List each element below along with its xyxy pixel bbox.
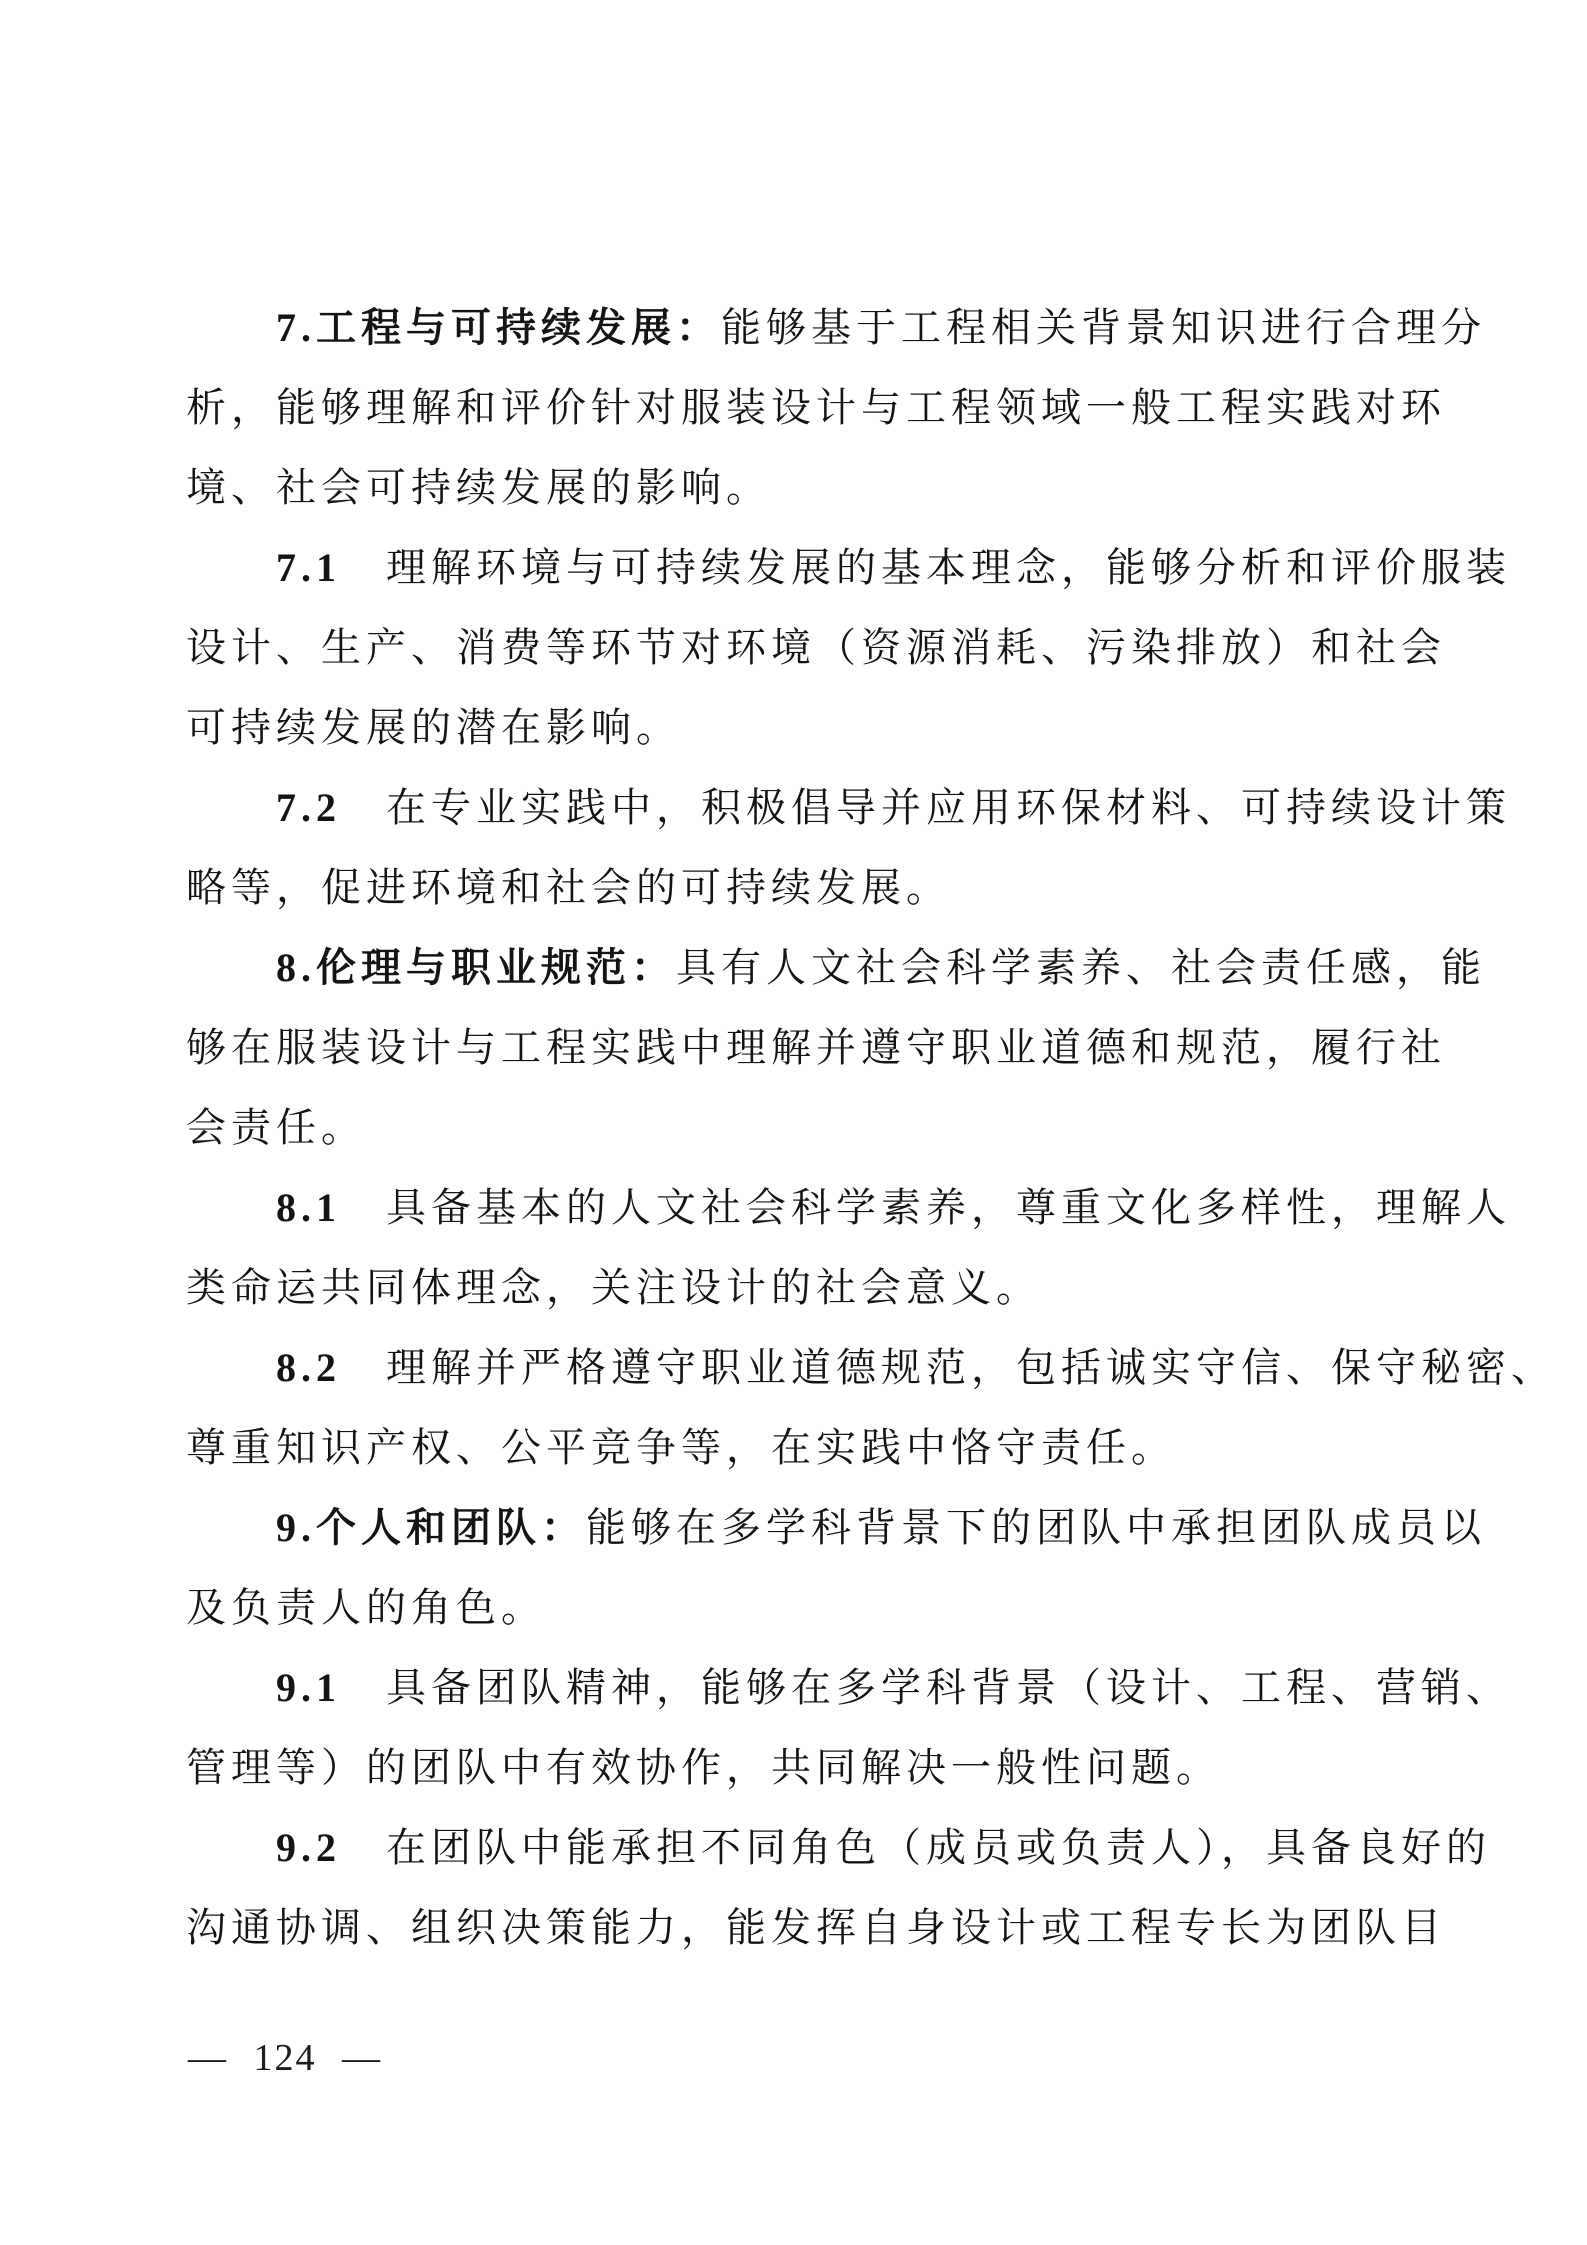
text-line: 沟通协调、组织决策能力，能发挥自身设计或工程专长为团队目 (186, 1888, 1406, 1968)
section-number: 9.2 (276, 1825, 341, 1870)
line-text: 具备团队精神，能够在多学科背景（设计、工程、营销、 (341, 1665, 1511, 1710)
line-text: 可持续发展的潜在影响。 (186, 705, 681, 750)
line-text: 类命运共同体理念，关注设计的社会意义。 (186, 1265, 1041, 1310)
text-line: 9.1 具备团队精神，能够在多学科背景（设计、工程、营销、 (186, 1648, 1406, 1728)
text-line: 可持续发展的潜在影响。 (186, 688, 1406, 768)
line-text: 略等，促进环境和社会的可持续发展。 (186, 865, 951, 910)
text-line: 尊重知识产权、公平竞争等，在实践中恪守责任。 (186, 1408, 1406, 1488)
line-text: 管理等）的团队中有效协作，共同解决一般性问题。 (186, 1745, 1221, 1790)
text-line: 管理等）的团队中有效协作，共同解决一般性问题。 (186, 1728, 1406, 1808)
text-line: 8.伦理与职业规范：具有人文社会科学素养、社会责任感，能 (186, 928, 1406, 1008)
text-line: 8.1 具备基本的人文社会科学素养，尊重文化多样性，理解人 (186, 1168, 1406, 1248)
line-text: 具有人文社会科学素养、社会责任感，能 (676, 945, 1486, 990)
line-text: 尊重知识产权、公平竞争等，在实践中恪守责任。 (186, 1425, 1176, 1470)
page-number: — 124 — (188, 2036, 382, 2080)
text-line: 境、社会可持续发展的影响。 (186, 448, 1406, 528)
section-number: 8.1 (276, 1185, 341, 1230)
line-text: 够在服装设计与工程实践中理解并遵守职业道德和规范，履行社 (186, 1025, 1446, 1070)
line-text: 理解环境与可持续发展的基本理念，能够分析和评价服装 (341, 545, 1511, 590)
line-text: 理解并严格遵守职业道德规范，包括诚实守信、保守秘密、 (341, 1345, 1556, 1390)
line-text: 在团队中能承担不同角色（成员或负责人），具备良好的 (341, 1825, 1491, 1870)
line-text: 沟通协调、组织决策能力，能发挥自身设计或工程专长为团队目 (186, 1905, 1446, 1950)
section-number: 7.2 (276, 785, 341, 830)
line-text: 境、社会可持续发展的影响。 (186, 465, 771, 510)
line-text: 能够基于工程相关背景知识进行合理分 (721, 305, 1486, 350)
line-text: 能够在多学科背景下的团队中承担团队成员以 (586, 1505, 1486, 1550)
section-heading: 7.工程与可持续发展： (276, 305, 721, 350)
section-heading: 8.伦理与职业规范： (276, 945, 676, 990)
text-line: 及负责人的角色。 (186, 1568, 1406, 1648)
text-line: 会责任。 (186, 1088, 1406, 1168)
section-number: 9.1 (276, 1665, 341, 1710)
line-text: 设计、生产、消费等环节对环境（资源消耗、污染排放）和社会 (186, 625, 1446, 670)
text-line: 略等，促进环境和社会的可持续发展。 (186, 848, 1406, 928)
line-text: 在专业实践中，积极倡导并应用环保材料、可持续设计策 (341, 785, 1511, 830)
section-heading: 9.个人和团队： (276, 1505, 586, 1550)
line-text: 及负责人的角色。 (186, 1585, 546, 1630)
text-line: 7.工程与可持续发展：能够基于工程相关背景知识进行合理分 (186, 288, 1406, 368)
text-line: 9.2 在团队中能承担不同角色（成员或负责人），具备良好的 (186, 1808, 1406, 1888)
text-line: 够在服装设计与工程实践中理解并遵守职业道德和规范，履行社 (186, 1008, 1406, 1088)
text-line: 8.2 理解并严格遵守职业道德规范，包括诚实守信、保守秘密、 (186, 1328, 1406, 1408)
text-line: 9.个人和团队：能够在多学科背景下的团队中承担团队成员以 (186, 1488, 1406, 1568)
section-number: 8.2 (276, 1345, 341, 1390)
text-line: 设计、生产、消费等环节对环境（资源消耗、污染排放）和社会 (186, 608, 1406, 688)
text-line: 析，能够理解和评价针对服装设计与工程领域一般工程实践对环 (186, 368, 1406, 448)
line-text: 会责任。 (186, 1105, 366, 1150)
text-line: 类命运共同体理念，关注设计的社会意义。 (186, 1248, 1406, 1328)
text-line: 7.1 理解环境与可持续发展的基本理念，能够分析和评价服装 (186, 528, 1406, 608)
text-line: 7.2 在专业实践中，积极倡导并应用环保材料、可持续设计策 (186, 768, 1406, 848)
body-text: 7.工程与可持续发展：能够基于工程相关背景知识进行合理分 析，能够理解和评价针对… (186, 288, 1406, 1968)
line-text: 析，能够理解和评价针对服装设计与工程领域一般工程实践对环 (186, 385, 1446, 430)
line-text: 具备基本的人文社会科学素养，尊重文化多样性，理解人 (341, 1185, 1511, 1230)
section-number: 7.1 (276, 545, 341, 590)
document-page: 7.工程与可持续发展：能够基于工程相关背景知识进行合理分 析，能够理解和评价针对… (0, 0, 1587, 2245)
